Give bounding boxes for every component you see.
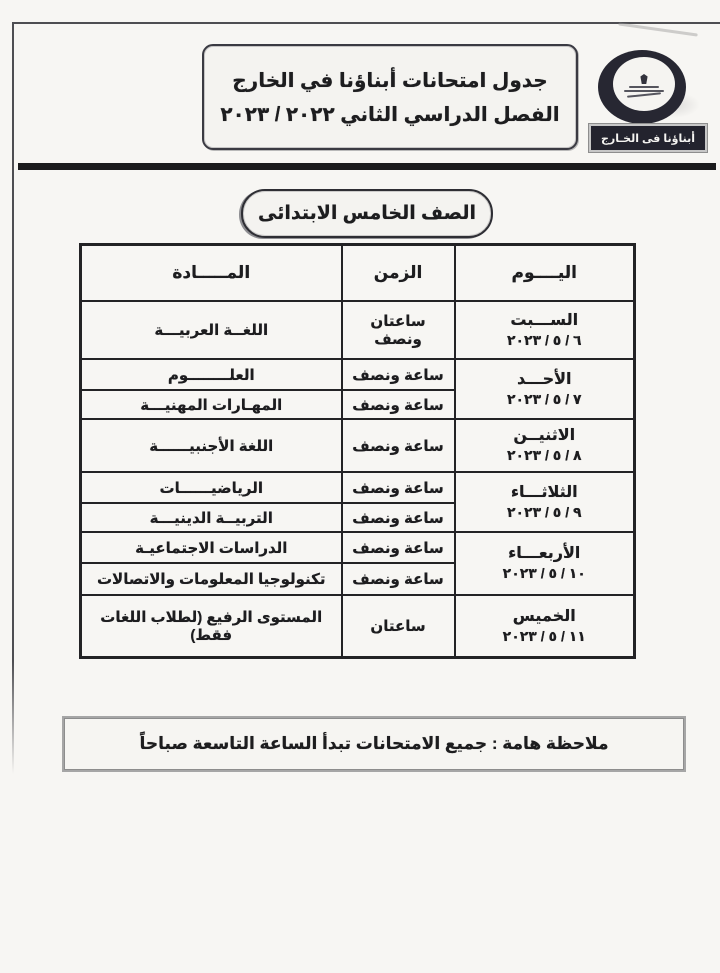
- day-date: ٨ / ٥ / ٢٠٢٣: [460, 446, 630, 464]
- logo-text-line: [629, 86, 659, 88]
- important-note-box: ملاحظة هامة : جميع الامتحانات تبدأ الساع…: [62, 716, 686, 772]
- day-date: ١٠ / ٥ / ٢٠٢٣: [460, 564, 630, 582]
- day-cell-saturday: الســـبت ٦ / ٥ / ٢٠٢٣: [455, 301, 635, 359]
- time-cell: ساعة ونصف: [342, 419, 455, 472]
- day-cell-wednesday: الأربعـــاء ١٠ / ٥ / ٢٠٢٣: [455, 532, 635, 595]
- grade-title-label: الصف الخامس الابتدائى: [258, 202, 476, 225]
- subject-cell: تكنولوجيا المعلومات والاتصالات: [81, 563, 342, 595]
- day-name: الخميس: [460, 607, 630, 627]
- scan-artifact: [618, 22, 698, 36]
- section-divider-rule: [18, 163, 716, 170]
- col-header-subject: المـــــادة: [81, 245, 342, 302]
- day-cell-tuesday: الثلاثـــاء ٩ / ٥ / ٢٠٢٣: [455, 472, 635, 532]
- logo-badge-label: أبناؤنا فى الخـارج: [601, 132, 695, 145]
- day-date: ١١ / ٥ / ٢٠٢٣: [460, 627, 630, 645]
- subject-cell: الرياضيــــــات: [81, 472, 342, 503]
- time-cell: ساعة ونصف: [342, 390, 455, 419]
- ministry-logo: [598, 50, 686, 124]
- day-name: الاثنيــن: [460, 426, 630, 446]
- grade-title-pill: الصف الخامس الابتدائى: [241, 189, 493, 238]
- day-name: الثلاثـــاء: [460, 483, 630, 503]
- page-border-left: [12, 22, 14, 774]
- schedule-table-wrap: اليــــوم الزمن المـــــادة الســـبت ٦ /…: [79, 243, 636, 659]
- time-cell: ساعتان: [342, 595, 455, 658]
- table-row: الاثنيــن ٨ / ٥ / ٢٠٢٣ ساعة ونصف اللغة ا…: [81, 419, 635, 472]
- document-title-line2: الفصل الدراسي الثاني ٢٠٢٢ / ٢٠٢٣: [204, 102, 576, 127]
- table-row: الســـبت ٦ / ٥ / ٢٠٢٣ ساعتان ونصف اللغــ…: [81, 301, 635, 359]
- time-cell: ساعة ونصف: [342, 472, 455, 503]
- day-date: ٧ / ٥ / ٢٠٢٣: [460, 390, 630, 408]
- day-cell-sunday: الأحـــد ٧ / ٥ / ٢٠٢٣: [455, 359, 635, 419]
- day-cell-monday: الاثنيــن ٨ / ٥ / ٢٠٢٣: [455, 419, 635, 472]
- table-row: الخميس ١١ / ٥ / ٢٠٢٣ ساعتان المستوى الرف…: [81, 595, 635, 658]
- table-row: الأحـــد ٧ / ٥ / ٢٠٢٣ ساعة ونصف العلــــ…: [81, 359, 635, 390]
- subject-cell: المهـارات المهنيـــة: [81, 390, 342, 419]
- time-cell: ساعة ونصف: [342, 503, 455, 532]
- logo-inner-circle: [613, 57, 675, 111]
- day-date: ٦ / ٥ / ٢٠٢٣: [460, 331, 630, 349]
- important-note-text: ملاحظة هامة : جميع الامتحانات تبدأ الساع…: [140, 734, 609, 754]
- day-name: الســـبت: [460, 311, 630, 331]
- logo-text-line: [627, 92, 661, 98]
- document-title-line1: جدول امتحانات أبناؤنا في الخارج: [204, 68, 576, 93]
- page-border-top: [12, 22, 720, 24]
- subject-cell: التربيــة الدينيـــة: [81, 503, 342, 532]
- day-date: ٩ / ٥ / ٢٠٢٣: [460, 503, 630, 521]
- eagle-emblem-icon: [640, 74, 649, 84]
- table-row: الأربعـــاء ١٠ / ٥ / ٢٠٢٣ ساعة ونصف الدر…: [81, 532, 635, 563]
- document-title-box: جدول امتحانات أبناؤنا في الخارج الفصل ال…: [202, 44, 578, 150]
- subject-cell: الدراسات الاجتماعيـة: [81, 532, 342, 563]
- table-header-row: اليــــوم الزمن المـــــادة: [81, 245, 635, 302]
- day-cell-thursday: الخميس ١١ / ٥ / ٢٠٢٣: [455, 595, 635, 658]
- subject-cell: المستوى الرفيع (لطلاب اللغات فقط): [81, 595, 342, 658]
- exam-schedule-table: اليــــوم الزمن المـــــادة الســـبت ٦ /…: [79, 243, 636, 659]
- time-cell: ساعتان ونصف: [342, 301, 455, 359]
- time-cell: ساعة ونصف: [342, 359, 455, 390]
- day-name: الأحـــد: [460, 370, 630, 390]
- subject-cell: اللغة الأجنبيــــــة: [81, 419, 342, 472]
- scanned-exam-schedule-page: { "page": { "header": { "line1": "جدول ا…: [0, 0, 720, 973]
- day-name: الأربعـــاء: [460, 544, 630, 564]
- table-row: الثلاثـــاء ٩ / ٥ / ٢٠٢٣ ساعة ونصف الريا…: [81, 472, 635, 503]
- subject-cell: العلــــــــوم: [81, 359, 342, 390]
- subject-cell: اللغــة العربيـــة: [81, 301, 342, 359]
- logo-badge: أبناؤنا فى الخـارج: [589, 124, 707, 152]
- col-header-time: الزمن: [342, 245, 455, 302]
- time-cell: ساعة ونصف: [342, 563, 455, 595]
- col-header-day: اليــــوم: [455, 245, 635, 302]
- time-cell: ساعة ونصف: [342, 532, 455, 563]
